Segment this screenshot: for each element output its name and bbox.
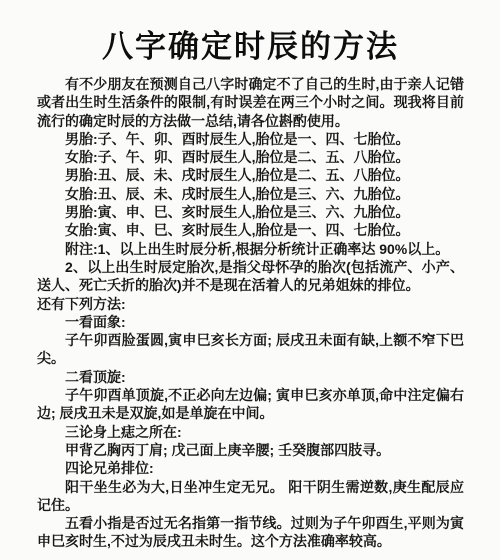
note-2: 2、以上出生时辰定胎次,是指父母怀孕的胎次(包括流产、小产、送人、死亡夭折的胎次… <box>37 258 464 295</box>
list-item-fetal-position-5: 男胎:寅、申、巳、亥时辰生人,胎位是三、六、九胎位。 <box>37 203 464 221</box>
list-item-fetal-position-6: 女胎:寅、申、巳、亥时辰生人,胎位是一、四、七胎位。 <box>37 221 464 239</box>
method-3-body: 甲背乙胸丙丁肩; 戊己面上庚辛腰; 壬癸腹部四肢寻。 <box>37 441 464 459</box>
method-1-heading: 一看面象: <box>37 313 464 331</box>
method-4-body: 阳干坐生必为大,日坐冲生定无兄。 阳干阴生需逆数,庚生配辰应记住。 <box>37 478 464 515</box>
section-other-methods-heading: 还有下列方法: <box>37 295 464 313</box>
note-1: 附注:1、以上出生时辰分析,根据分析统计正确率达 90%以上。 <box>37 240 464 258</box>
method-2-heading: 二看顶旋: <box>37 368 464 386</box>
list-item-fetal-position-2: 女胎:子、午、卯、酉时辰生人,胎位是二、五、八胎位。 <box>37 148 464 166</box>
method-3-heading: 三论身上痣之所在: <box>37 423 464 441</box>
paragraph-intro: 有不少朋友在预测自己八字时确定不了自己的生时,由于亲人记错或者出生时生活条件的限… <box>37 75 464 130</box>
document-page: 八字确定时辰的方法 有不少朋友在预测自己八字时确定不了自己的生时,由于亲人记错或… <box>0 0 500 560</box>
document-body: 有不少朋友在预测自己八字时确定不了自己的生时,由于亲人记错或者出生时生活条件的限… <box>37 75 464 551</box>
list-item-fetal-position-1: 男胎:子、午、卯、酉时辰生人,胎位是一、四、七胎位。 <box>37 130 464 148</box>
method-1-body: 子午卯酉脸蛋圆,寅申巳亥长方面; 辰戌丑未面有缺,上额不窄下巴尖。 <box>37 331 464 368</box>
method-2-body: 子午卯酉单顶旋,不正必向左边偏; 寅申巳亥亦单顶,命中注定偏右边; 辰戌丑未是双… <box>37 386 464 423</box>
method-5-body: 五看小指是否过无名指第一指节线。过则为子午卯酉生,平则为寅申巳亥时生,不过为辰戌… <box>37 514 464 551</box>
method-4-heading: 四论兄弟排位: <box>37 459 464 477</box>
page-title: 八字确定时辰的方法 <box>37 30 464 64</box>
list-item-fetal-position-3: 男胎:丑、辰、未、戌时辰生人,胎位是二、五、八胎位。 <box>37 166 464 184</box>
list-item-fetal-position-4: 女胎:丑、辰、未、戌时辰生人,胎位是三、六、九胎位。 <box>37 185 464 203</box>
